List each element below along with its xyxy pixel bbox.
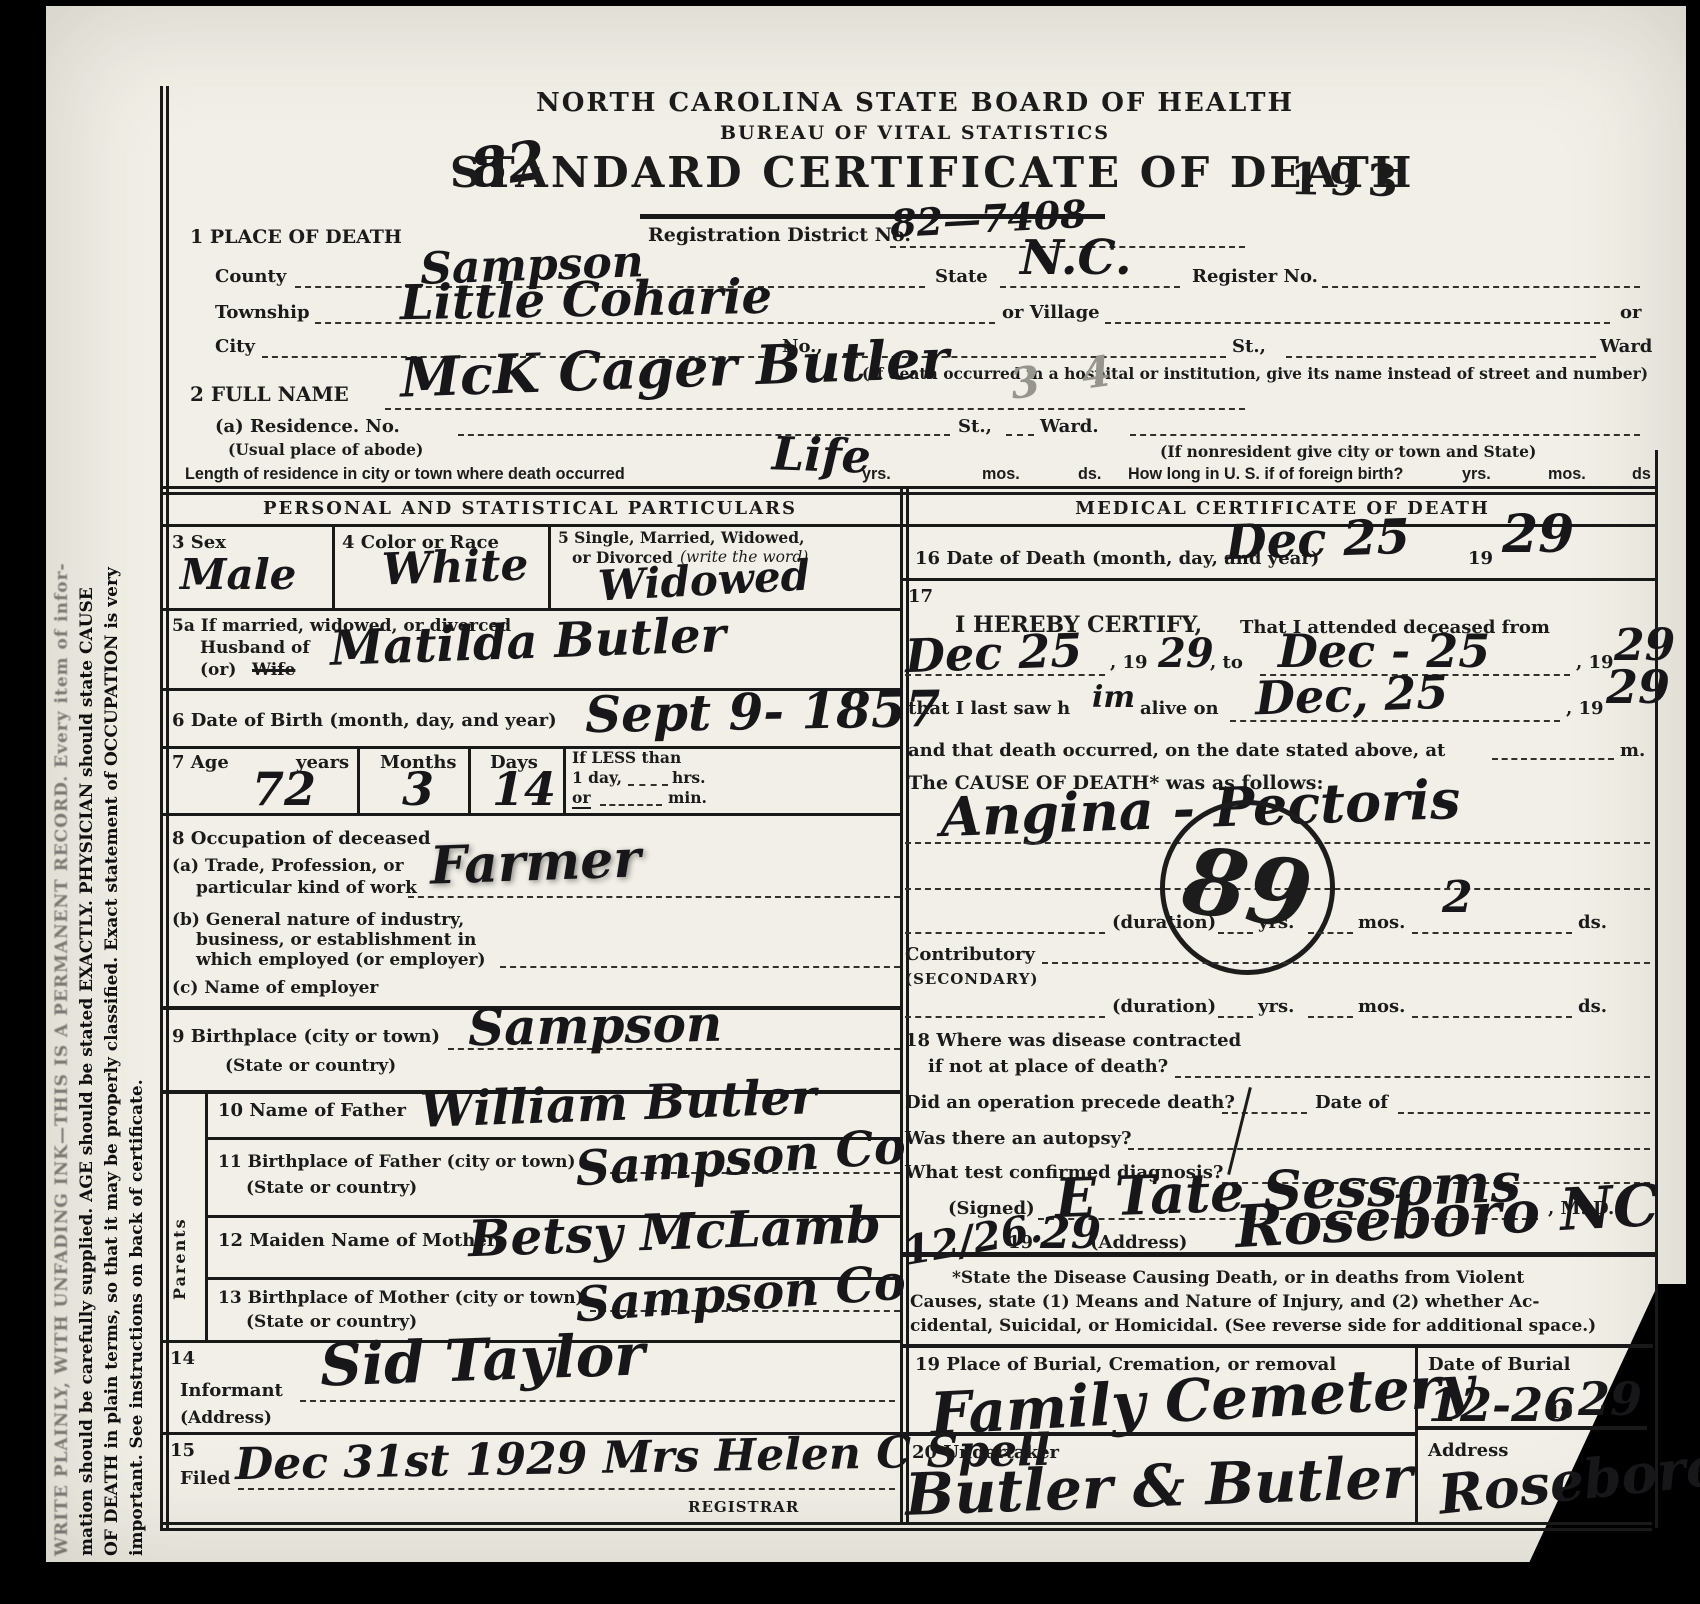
last-saw-value: Dec, 25 <box>1254 665 1449 726</box>
registrar-label: REGISTRAR <box>688 1498 799 1516</box>
disease-contracted-label-1: 18 Where was disease contracted <box>905 1030 1241 1051</box>
last-saw-label-1: that I last saw h <box>908 698 1070 719</box>
dotted-line <box>408 896 900 898</box>
duration-ds-label: ds. <box>1578 912 1607 933</box>
foreign-ds-label: ds <box>1632 464 1651 484</box>
residence-street-label: St., <box>958 416 992 437</box>
registration-district-label: Registration District No. <box>648 224 911 246</box>
dotted-line <box>1492 758 1614 760</box>
dotted-line <box>600 804 662 806</box>
dotted-line <box>1222 1112 1307 1114</box>
age-less-label-2a: 1 day, <box>572 768 622 787</box>
occupation-label: 8 Occupation of deceased <box>172 828 431 849</box>
marital-label-1: 5 Single, Married, Widowed, <box>558 528 804 547</box>
attended-to-printed: , to <box>1210 652 1243 673</box>
occupation-a-value: Farmer <box>429 828 642 896</box>
margin-line-4: important. See instructions on back of c… <box>125 110 150 1556</box>
date-of-birth-value: Sept 9- 1857 <box>585 679 941 744</box>
date-of-death-year-value: 29 <box>1502 504 1574 565</box>
age-less-label-3b: min. <box>668 788 707 807</box>
dotted-line <box>1105 322 1610 324</box>
father-birthplace-label: 11 Birthplace of Father (city or town) <box>218 1152 576 1172</box>
dotted-line <box>1218 1016 1253 1018</box>
death-certificate-scan: WRITE PLAINLY, WITH UNFADING INK—THIS IS… <box>0 0 1700 1604</box>
length-mos-label: mos. <box>982 464 1020 484</box>
dotted-line <box>1175 1076 1650 1078</box>
dotted-line <box>628 784 668 786</box>
age-years-value: 72 <box>252 762 316 816</box>
informant-value: Sid Taylor <box>319 1320 646 1399</box>
spouse-label-wife-struck: Wife <box>252 660 295 680</box>
foreign-mos-label: mos. <box>1548 464 1586 484</box>
age-less-label-1: If LESS than <box>572 748 681 767</box>
dotted-line <box>905 1016 1105 1018</box>
parents-vertical-label: Parents <box>170 1140 189 1300</box>
duration-yrs-label: yrs. <box>1258 912 1294 933</box>
dotted-line <box>500 966 900 968</box>
or-label: or <box>1620 302 1642 323</box>
board-title: NORTH CAROLINA STATE BOARD OF HEALTH <box>450 88 1380 118</box>
last-saw-handwritten-him: im <box>1092 680 1135 715</box>
dotted-line <box>1006 434 1034 436</box>
birthplace-value: Sampson <box>468 994 723 1057</box>
section-divider <box>903 1252 1655 1257</box>
death-occurred-m-label: m. <box>1620 740 1645 761</box>
contributory-label: Contributory <box>905 944 1035 965</box>
date-of-death-year-printed: 19 <box>1468 548 1493 569</box>
margin-line-3: OF DEATH in plain terms, so that it may … <box>100 110 125 1556</box>
form-left-border <box>160 86 169 1528</box>
city-label: City <box>215 336 255 357</box>
duration-mos-label: mos. <box>1358 912 1405 933</box>
abode-note: (Usual place of abode) <box>228 440 423 459</box>
header-underline <box>160 524 1655 527</box>
operation-label: Did an operation precede death? <box>905 1092 1235 1113</box>
footnote-line-2: Causes, state (1) Means and Nature of In… <box>910 1292 1539 1312</box>
duration-days-value: 2 <box>1442 872 1473 923</box>
full-name-label: 2 FULL NAME <box>190 382 349 406</box>
autopsy-label: Was there an autopsy? <box>905 1128 1132 1149</box>
row-divider <box>1415 1426 1647 1430</box>
dotted-line <box>1042 962 1650 964</box>
cell-divider <box>548 524 551 610</box>
operation-date-label: Date of <box>1315 1092 1388 1113</box>
residence-ward-label: Ward. <box>1040 416 1099 437</box>
occupation-b-label-2: business, or establishment in <box>196 930 476 950</box>
bureau-subtitle: BUREAU OF VITAL STATISTICS <box>450 122 1380 144</box>
mother-birthplace-label: 13 Birthplace of Mother (city or town) <box>218 1288 584 1308</box>
section-divider <box>903 1344 1653 1348</box>
length-ds-label: ds. <box>1078 464 1101 484</box>
physician-address-label: (Address) <box>1090 1232 1187 1253</box>
mother-name-label: 12 Maiden Name of Mother <box>218 1230 496 1251</box>
occupation-c-label: (c) Name of employer <box>172 978 378 998</box>
state-value: N.C. <box>1020 230 1132 286</box>
hospital-note: (If death occurred in a hospital or inst… <box>862 364 1648 383</box>
birthplace-label: 9 Birthplace (city or town) <box>172 1026 440 1047</box>
dotted-line <box>905 932 1105 934</box>
age-months-value: 3 <box>402 762 434 816</box>
attended-from-value: Dec 25 <box>904 623 1083 683</box>
age-days-value: 14 <box>492 762 556 816</box>
occupation-a-label-1: (a) Trade, Profession, or <box>172 856 404 876</box>
burial-date-year-printed: 19 <box>1548 1402 1573 1423</box>
place-of-death-section-label: 1 PLACE OF DEATH <box>190 226 402 248</box>
attended-from-year-value: 29 <box>1158 630 1214 677</box>
occupation-a-label-2: particular kind of work <box>196 878 417 898</box>
duration2-ds-label: ds. <box>1578 996 1607 1017</box>
age-label: 7 Age <box>172 752 229 773</box>
sex-value: Male <box>180 550 296 599</box>
form-right-border <box>1655 450 1658 1528</box>
personal-section-header: PERSONAL AND STATISTICAL PARTICULARS <box>170 498 890 519</box>
age-less-label-2b: hrs. <box>672 768 706 787</box>
dotted-line <box>1128 1148 1650 1150</box>
dotted-line <box>1130 434 1640 436</box>
attended-from-year-printed: , 19 <box>1110 652 1148 673</box>
occupation-b-label-1: (b) General nature of industry, <box>172 910 464 930</box>
township-value: Little Coharie <box>400 269 773 331</box>
register-no-label: Register No. <box>1192 266 1318 287</box>
dotted-line <box>1398 1112 1650 1114</box>
dotted-line <box>1412 1016 1572 1018</box>
cell-divider <box>563 746 566 813</box>
certify-number: 17 <box>908 586 933 607</box>
foreign-yrs-label: yrs. <box>1462 464 1491 484</box>
burial-date-year-value: 29 <box>1578 1372 1642 1426</box>
spouse-label-3: (or) <box>200 660 236 680</box>
sign-year-printed: 19 <box>1008 1232 1033 1253</box>
foreign-birth-label: How long in U. S. if of foreign birth? <box>1128 464 1403 484</box>
age-less-label-3a: or <box>572 788 591 809</box>
footnote-line-1: *State the Disease Causing Death, or in … <box>952 1268 1524 1288</box>
length-residence-label: Length of residence in city or town wher… <box>185 464 625 484</box>
burial-date-label: Date of Burial <box>1428 1354 1570 1375</box>
father-name-label: 10 Name of Father <box>218 1100 406 1121</box>
father-birthplace-note: (State or country) <box>246 1178 417 1198</box>
last-saw-label-2: alive on <box>1140 698 1219 719</box>
row-divider <box>903 1432 1415 1436</box>
dotted-line <box>1286 356 1596 358</box>
informant-address-note: (Address) <box>180 1408 272 1428</box>
dotted-line <box>458 434 950 436</box>
duration2-yrs-label: yrs. <box>1258 996 1294 1017</box>
dotted-line <box>1218 932 1253 934</box>
dotted-line <box>1308 932 1353 934</box>
date-of-death-value: Dec 25 <box>1224 509 1411 571</box>
ward-label: Ward <box>1600 336 1652 357</box>
date-of-birth-label: 6 Date of Birth (month, day, and year) <box>172 710 557 731</box>
residence-label: (a) Residence. No. <box>215 416 400 437</box>
dotted-line <box>300 1400 895 1402</box>
length-residence-value: Life <box>771 426 872 483</box>
row-divider <box>903 578 1655 581</box>
duration2-label: (duration) <box>1112 996 1216 1017</box>
informant-number: 14 <box>170 1348 195 1369</box>
margin-instructions: WRITE PLAINLY, WITH UNFADING INK—THIS IS… <box>50 110 150 1556</box>
last-saw-year-printed: , 19 <box>1566 698 1604 719</box>
row-divider <box>160 746 903 749</box>
or-village-label: or Village <box>1002 302 1100 323</box>
last-saw-year-value: 29 <box>1606 660 1670 714</box>
spouse-label-2: Husband of <box>200 638 310 658</box>
dotted-line <box>1308 1016 1353 1018</box>
margin-line-2: mation should be carefully supplied. AGE… <box>75 110 100 1556</box>
informant-label: Informant <box>180 1380 283 1401</box>
township-label: Township <box>215 302 310 323</box>
dotted-line <box>1412 932 1572 934</box>
disease-contracted-label-2: if not at place of death? <box>928 1056 1168 1077</box>
cell-divider <box>332 524 335 610</box>
county-label: County <box>215 266 286 287</box>
occupation-b-label-3: which employed (or employer) <box>196 950 486 970</box>
row-divider <box>160 813 903 816</box>
filed-label: Filed <box>180 1468 231 1489</box>
cell-divider <box>357 746 360 813</box>
duration-label: (duration) <box>1112 912 1216 933</box>
margin-line-1: WRITE PLAINLY, WITH UNFADING INK—THIS IS… <box>50 110 75 1556</box>
dotted-line <box>1322 286 1640 288</box>
death-occurred-label: and that death occurred, on the date sta… <box>908 740 1445 761</box>
state-label: State <box>935 266 988 287</box>
street-label: St., <box>1232 336 1266 357</box>
race-value: White <box>381 539 529 595</box>
dotted-line <box>385 408 1245 410</box>
cell-divider <box>468 746 471 813</box>
secondary-label: (SECONDARY) <box>905 970 1039 988</box>
length-yrs-label: yrs. <box>862 464 891 484</box>
filed-number: 15 <box>170 1440 195 1461</box>
duration2-mos-label: mos. <box>1358 996 1405 1017</box>
row-divider <box>160 608 903 611</box>
birthplace-note: (State or country) <box>225 1056 396 1076</box>
footnote-line-3: cidental, Suicidal, or Homicidal. (See r… <box>910 1316 1596 1336</box>
stamped-certificate-number: 193 <box>1290 154 1407 207</box>
dotted-line <box>1000 286 1180 288</box>
nonresident-note: (If nonresident give city or town and St… <box>1160 442 1536 461</box>
certificate-title: STANDARD CERTIFICATE OF DEATH <box>450 148 1380 197</box>
